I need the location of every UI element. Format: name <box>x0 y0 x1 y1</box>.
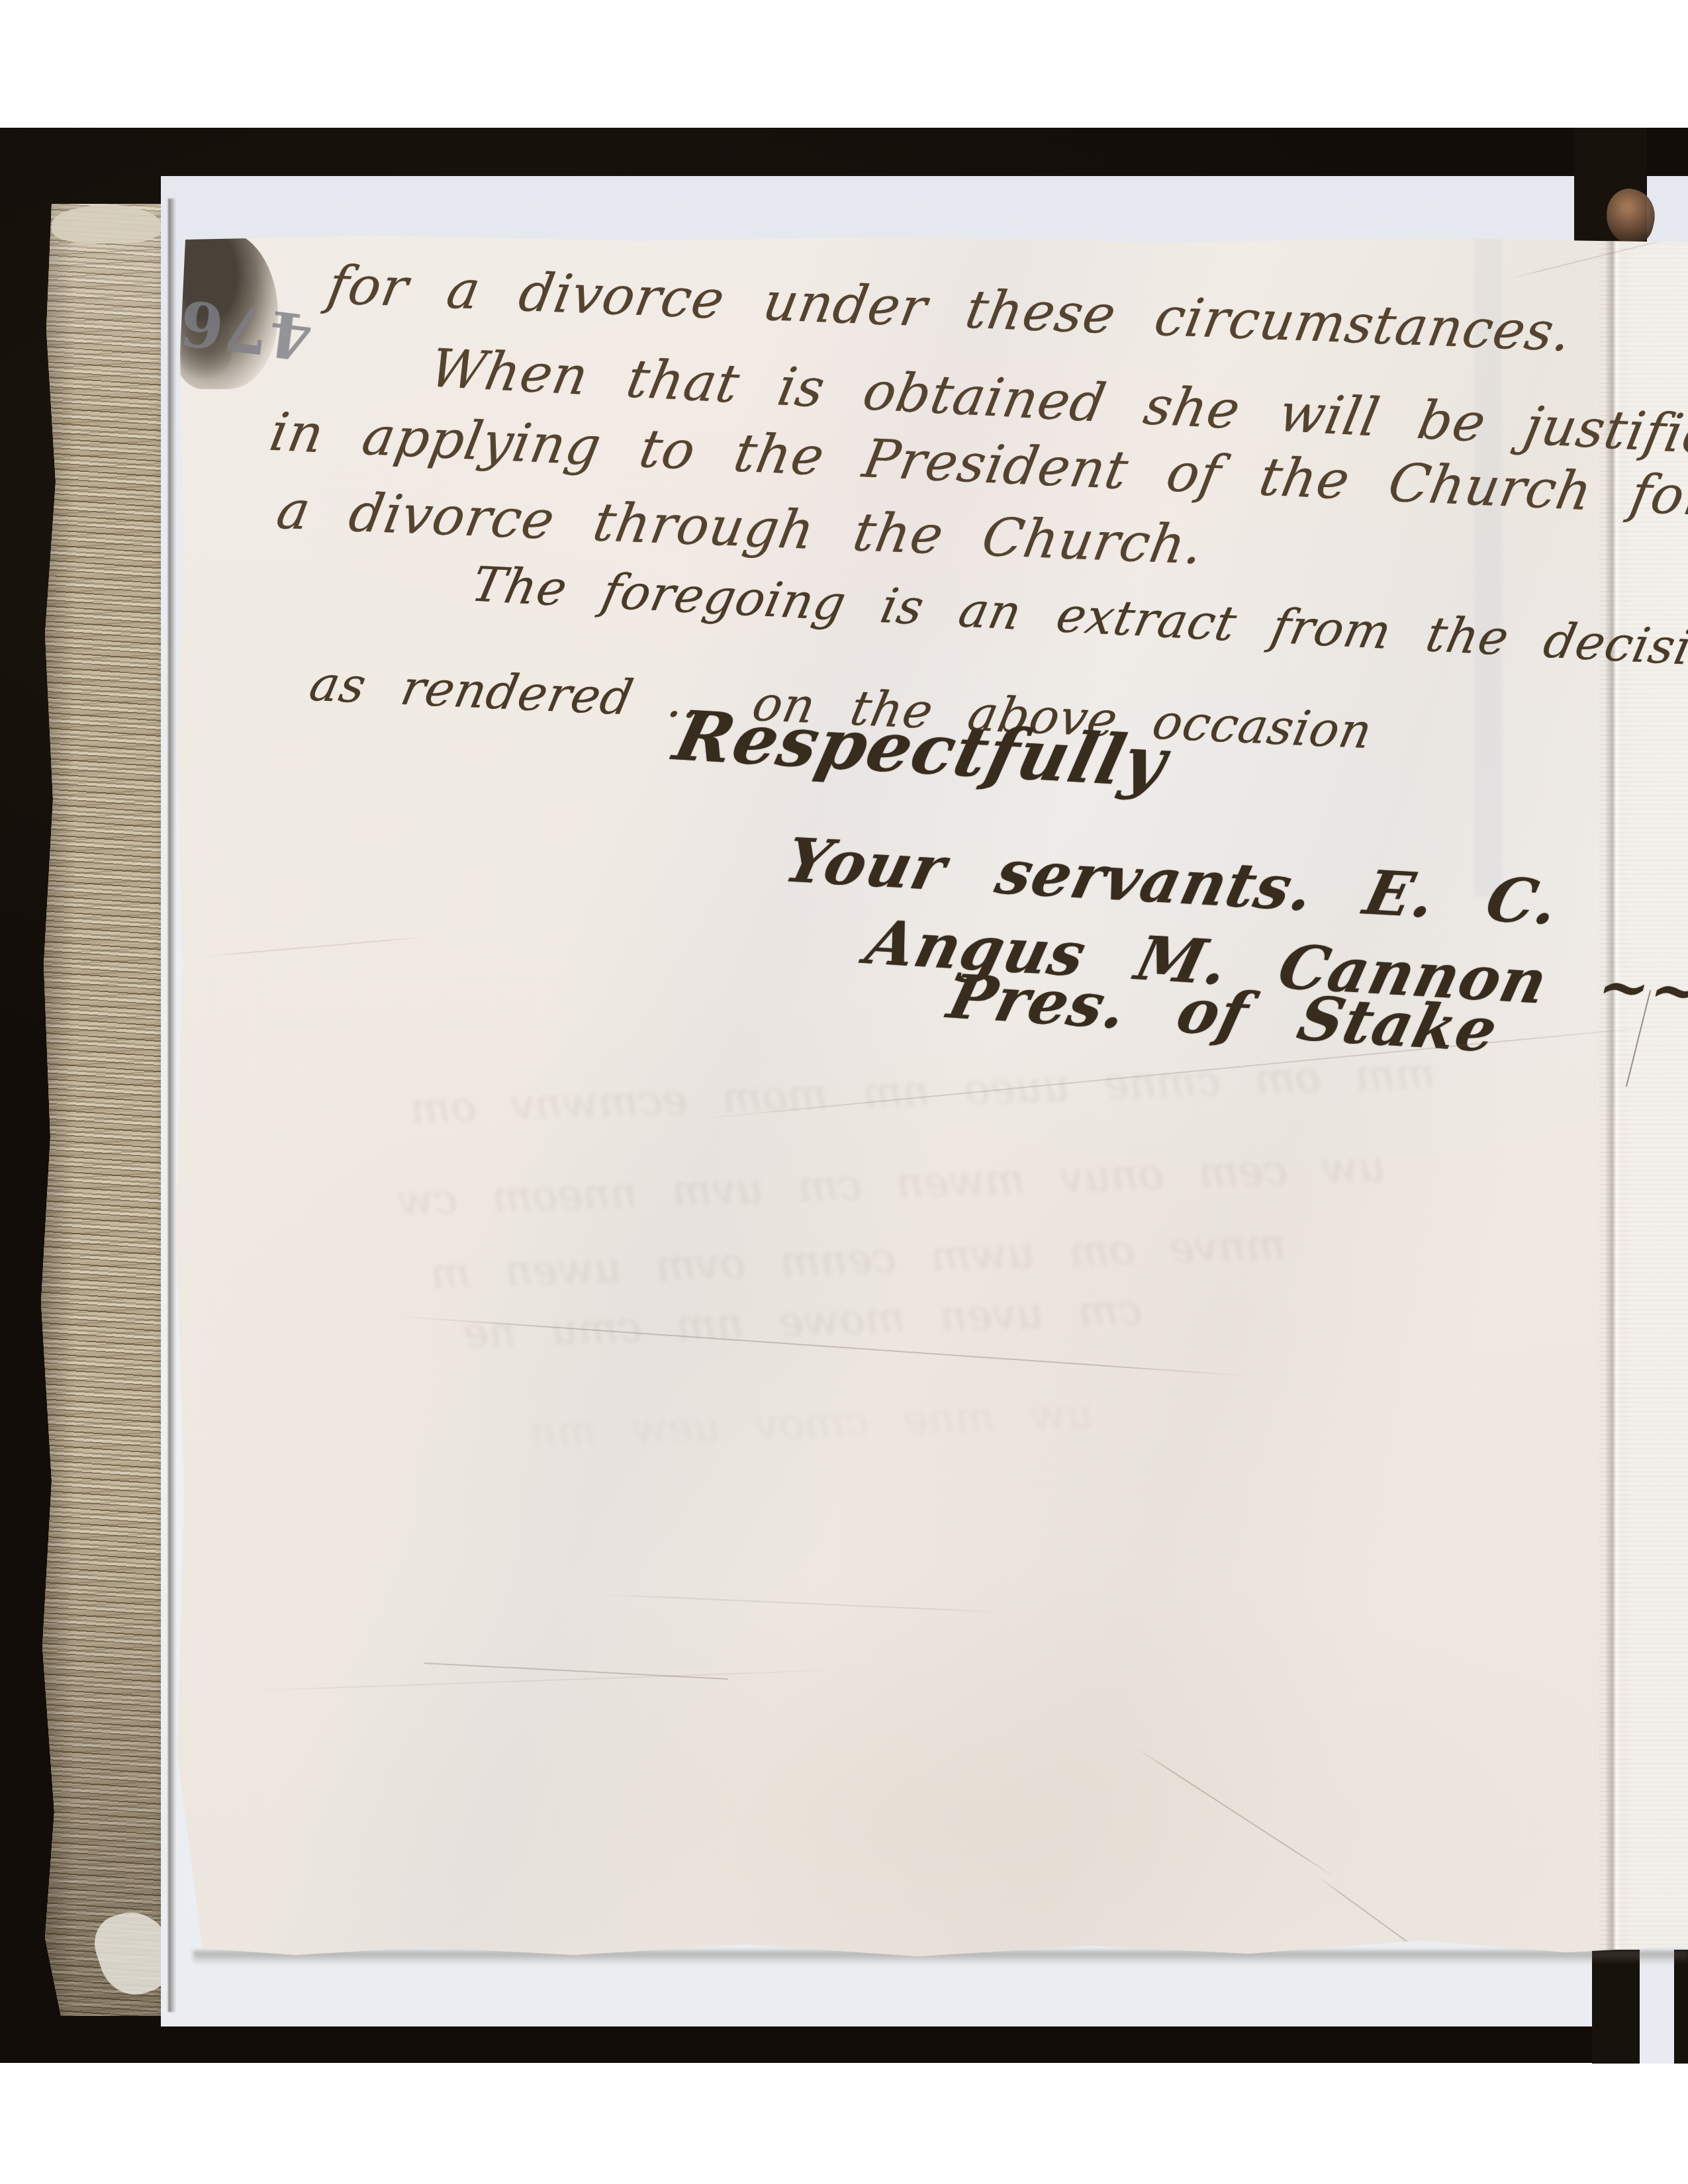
manuscript-page: 476 for a divorce under these circumstan… <box>176 234 1688 1956</box>
book-page-stack <box>38 204 179 2016</box>
stack-crevice-shadow <box>168 199 176 2012</box>
page-stack-grain <box>38 204 179 2016</box>
scanned-document: 476 for a divorce under these circumstan… <box>0 0 1688 2184</box>
page-stack-top-fan <box>52 205 161 244</box>
page-number-stamp: 476 <box>236 249 322 373</box>
backing-tab-bottom-right <box>1640 1950 1674 2064</box>
